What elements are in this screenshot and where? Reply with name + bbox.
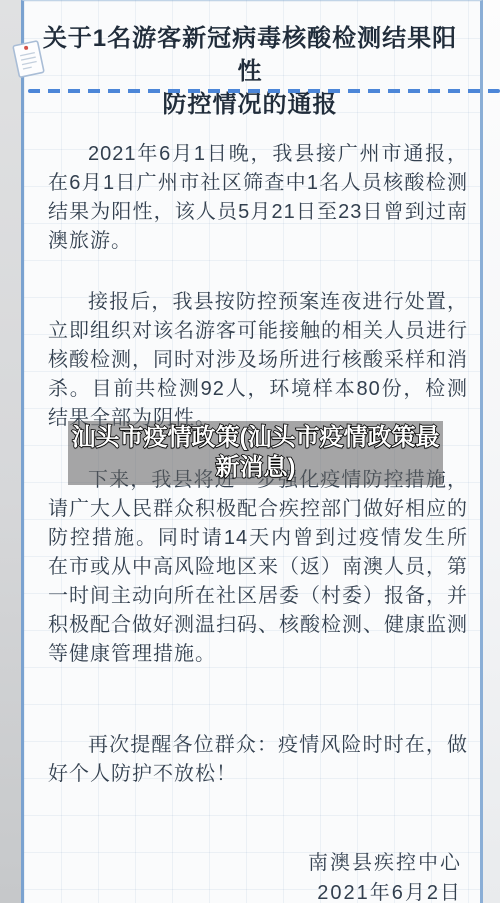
paragraph-report-received: 2021年6月1日晚，我县接广州市通报，在6月1日广州市社区筛查中1名人员核酸检…	[48, 140, 468, 256]
paragraph-response-actions: 接报后，我县按防控预案连夜进行处置，立即组织对该名游客可能接触的相关人员进行核酸…	[48, 288, 468, 433]
watermark-overlay: 汕头市疫情政策(汕头市疫情政策最 新消息)	[68, 421, 443, 485]
dashed-divider	[28, 89, 500, 93]
paragraph-further-measures: 下来，我县将进一步强化疫情防控措施，请广大人民群众积极配合疾控部门做好相应的防控…	[48, 466, 468, 669]
signature-block: 南澳县疾控中心 2021年6月2日	[308, 848, 462, 903]
page-left-edge	[0, 0, 21, 903]
notice-screenshot: 关于1名游客新冠病毒核酸检测结果阳性 防控情况的通报 2021年6月1日晚，我县…	[0, 0, 500, 903]
signature-org: 南澳县疾控中心	[308, 848, 462, 878]
signature-date: 2021年6月2日	[308, 878, 462, 903]
watermark-line1: 汕头市疫情政策(汕头市疫情政策最	[72, 423, 440, 453]
watermark-line2: 新消息)	[216, 453, 296, 483]
paragraph-reminder: 再次提醒各位群众：疫情风险时时在，做好个人防护不放松！	[48, 731, 468, 789]
page-right-edge	[483, 0, 500, 903]
notice-title-line1: 关于1名游客新冠病毒核酸检测结果阳性	[40, 22, 460, 88]
notice-title: 关于1名游客新冠病毒核酸检测结果阳性 防控情况的通报	[40, 22, 460, 121]
